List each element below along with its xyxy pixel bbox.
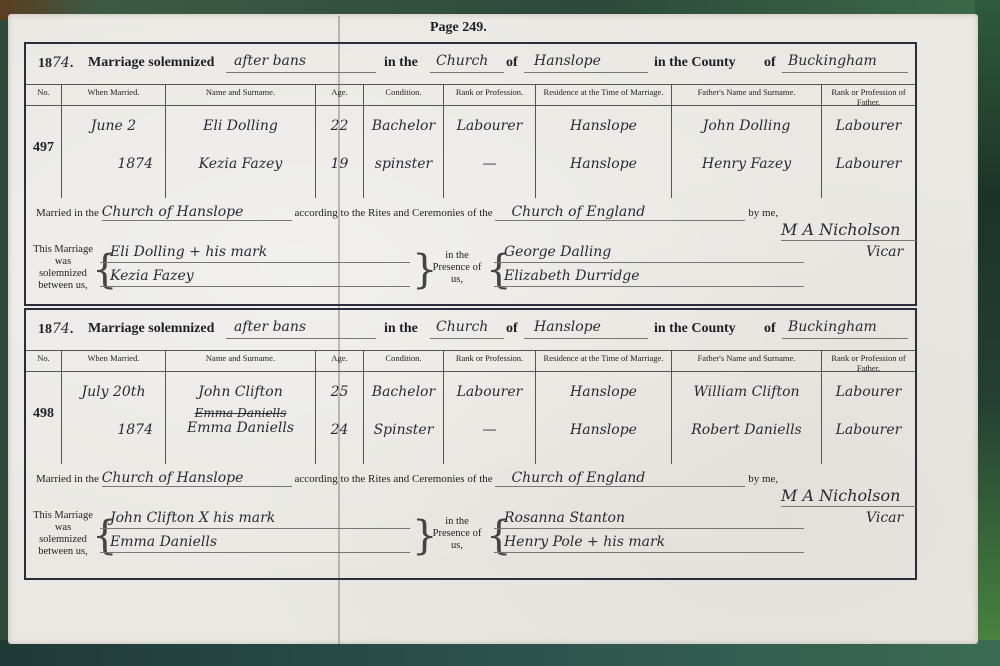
handwritten-value: 1874 bbox=[62, 422, 165, 438]
married-in-line: Married in the Church of Hanslope accord… bbox=[36, 470, 778, 487]
column-father-profession: Rank or Profession of Father.LabourerLab… bbox=[822, 350, 915, 464]
handwritten-value: — bbox=[444, 156, 535, 172]
place-type-field: Church bbox=[430, 52, 504, 73]
handwritten-value: Eli Dolling bbox=[166, 118, 315, 134]
table-cell: Labourer— bbox=[444, 106, 535, 198]
handwritten-value: June 2 bbox=[62, 118, 165, 134]
column-age: Age.2219 bbox=[316, 84, 364, 198]
table-cell: HanslopeHanslope bbox=[536, 372, 671, 464]
column-header: Name and Surname. bbox=[166, 350, 315, 372]
this-marriage-label: This Marriage was solemnized between us, bbox=[32, 510, 94, 558]
entry-table: No.497When Married.June 21874Name and Su… bbox=[26, 84, 915, 198]
column-when-married: When Married.July 20th1874 bbox=[62, 350, 166, 464]
marriage-entry: 1874. Marriage solemnized after bans in … bbox=[24, 42, 917, 306]
column-father-profession: Rank or Profession of Father.LabourerLab… bbox=[822, 84, 915, 198]
handwritten-value: Robert Daniells bbox=[672, 422, 821, 438]
column-header: When Married. bbox=[62, 84, 165, 106]
table-cell: 2219 bbox=[316, 106, 363, 198]
officiant-signature: M A Nicholson bbox=[781, 486, 916, 507]
place-type-field: Church bbox=[430, 318, 504, 339]
solemnized-by-field: after bans bbox=[226, 52, 376, 73]
handwritten-value: Labourer bbox=[822, 156, 915, 172]
column-name-and-surname: Name and Surname.John CliftonEmma Daniel… bbox=[166, 350, 316, 464]
table-cell: John DollingHenry Fazey bbox=[672, 106, 821, 198]
column-header: Rank or Profession. bbox=[444, 84, 535, 106]
handwritten-value: — bbox=[444, 422, 535, 438]
handwritten-value: Hanslope bbox=[536, 118, 671, 134]
handwritten-value: Hanslope bbox=[536, 156, 671, 172]
handwritten-value: Labourer bbox=[822, 422, 915, 438]
column-condition: Condition.Bachelorspinster bbox=[364, 84, 444, 198]
in-the-label: in the bbox=[384, 321, 418, 337]
handwritten-value: 25 bbox=[316, 384, 363, 400]
handwritten-value: Labourer bbox=[444, 118, 535, 134]
table-cell: HanslopeHanslope bbox=[536, 106, 671, 198]
column-fathers-name: Father's Name and Surname.William Clifto… bbox=[672, 350, 822, 464]
column-name-and-surname: Name and Surname.Eli DollingKezia Fazey bbox=[166, 84, 316, 198]
handwritten-value: Labourer bbox=[822, 384, 915, 400]
of-label: of bbox=[764, 55, 776, 71]
handwritten-value: July 20th bbox=[62, 384, 165, 400]
year: 1874. bbox=[38, 55, 73, 72]
county-label: in the County bbox=[654, 55, 736, 71]
in-presence-label: in the Presence of us, bbox=[432, 250, 482, 286]
party-signature: Emma Daniells bbox=[100, 534, 410, 553]
marriage-entry: 1874. Marriage solemnized after bans in … bbox=[24, 308, 917, 580]
parish-field: Hanslope bbox=[524, 318, 648, 339]
column-rank-or-profession: Rank or Profession.Labourer— bbox=[444, 84, 536, 198]
handwritten-value: Bachelor bbox=[364, 118, 443, 134]
witness-signature: Elizabeth Durridge bbox=[494, 268, 804, 287]
handwritten-value: 22 bbox=[316, 118, 363, 134]
column-header: No. bbox=[26, 350, 61, 372]
column-residence: Residence at the Time of Marriage.Hanslo… bbox=[536, 350, 672, 464]
officiant-title: Vicar bbox=[866, 510, 903, 526]
married-in-line: Married in the Church of Hanslope accord… bbox=[36, 204, 778, 221]
witness-signature: Rosanna Stanton bbox=[494, 510, 804, 529]
year: 1874. bbox=[38, 321, 73, 338]
witness-signature: Henry Pole + his mark bbox=[494, 534, 804, 553]
handwritten-value: Labourer bbox=[444, 384, 535, 400]
book-cover-right bbox=[975, 0, 1000, 666]
parish-field: Hanslope bbox=[524, 52, 648, 73]
column-header: Rank or Profession of Father. bbox=[822, 84, 915, 106]
handwritten-value: Bachelor bbox=[364, 384, 443, 400]
of-label: of bbox=[764, 321, 776, 337]
entry-heading: 1874. Marriage solemnized after bans in … bbox=[26, 310, 915, 351]
handwritten-value: Emma DaniellsEmma Daniells bbox=[166, 422, 315, 436]
handwritten-value: spinster bbox=[364, 156, 443, 172]
column-header: Father's Name and Surname. bbox=[672, 84, 821, 106]
officiant-title: Vicar bbox=[866, 244, 903, 260]
column-header: No. bbox=[26, 84, 61, 106]
column-header: Condition. bbox=[364, 350, 443, 372]
column-header: Age. bbox=[316, 350, 363, 372]
party-signature: Kezia Fazey bbox=[100, 268, 410, 287]
entry-number: 498 bbox=[26, 406, 61, 422]
signatures: This Marriage was solemnized between us,… bbox=[36, 510, 916, 566]
county-field: Buckingham bbox=[782, 52, 908, 73]
in-presence-label: in the Presence of us, bbox=[432, 516, 482, 552]
column-header: Residence at the Time of Marriage. bbox=[536, 84, 671, 106]
column-condition: Condition.BachelorSpinster bbox=[364, 350, 444, 464]
struck-out-name: Emma Daniells bbox=[166, 406, 315, 420]
table-cell: Eli DollingKezia Fazey bbox=[166, 106, 315, 198]
column-rank-or-profession: Rank or Profession.Labourer— bbox=[444, 350, 536, 464]
table-cell: July 20th1874 bbox=[62, 372, 165, 464]
table-cell: 498 bbox=[26, 372, 61, 464]
of-label: of bbox=[506, 55, 518, 71]
column-header: Rank or Profession of Father. bbox=[822, 350, 915, 372]
table-cell: John CliftonEmma DaniellsEmma Daniells bbox=[166, 372, 315, 464]
handwritten-value: 24 bbox=[316, 422, 363, 438]
solemnized-by-field: after bans bbox=[226, 318, 376, 339]
handwritten-value: Hanslope bbox=[536, 384, 671, 400]
county-field: Buckingham bbox=[782, 318, 908, 339]
handwritten-value: John Clifton bbox=[166, 384, 315, 400]
column-header: Age. bbox=[316, 84, 363, 106]
of-label: of bbox=[506, 321, 518, 337]
column-number: No.497 bbox=[26, 84, 62, 198]
handwritten-value: William Clifton bbox=[672, 384, 821, 400]
county-label: in the County bbox=[654, 321, 736, 337]
handwritten-value: 1874 bbox=[62, 156, 165, 172]
column-header: When Married. bbox=[62, 350, 165, 372]
marriage-solemnized-label: Marriage solemnized bbox=[88, 55, 214, 71]
table-cell: William CliftonRobert Daniells bbox=[672, 372, 821, 464]
witness-signature: George Dalling bbox=[494, 244, 804, 263]
table-cell: Labourer— bbox=[444, 372, 535, 464]
this-marriage-label: This Marriage was solemnized between us, bbox=[32, 244, 94, 292]
table-cell: BachelorSpinster bbox=[364, 372, 443, 464]
page-number: Page 249. bbox=[430, 20, 487, 36]
table-cell: June 21874 bbox=[62, 106, 165, 198]
in-the-label: in the bbox=[384, 55, 418, 71]
column-age: Age.2524 bbox=[316, 350, 364, 464]
column-number: No.498 bbox=[26, 350, 62, 464]
party-signature: Eli Dolling + his mark bbox=[100, 244, 410, 263]
table-cell: LabourerLabourer bbox=[822, 372, 915, 464]
table-cell: Bachelorspinster bbox=[364, 106, 443, 198]
handwritten-value: Kezia Fazey bbox=[166, 156, 315, 172]
handwritten-value: Labourer bbox=[822, 118, 915, 134]
signatures: This Marriage was solemnized between us,… bbox=[36, 244, 916, 300]
party-signature: John Clifton X his mark bbox=[100, 510, 410, 529]
entry-heading: 1874. Marriage solemnized after bans in … bbox=[26, 44, 915, 85]
marriage-solemnized-label: Marriage solemnized bbox=[88, 321, 214, 337]
column-header: Name and Surname. bbox=[166, 84, 315, 106]
table-cell: LabourerLabourer bbox=[822, 106, 915, 198]
column-fathers-name: Father's Name and Surname.John DollingHe… bbox=[672, 84, 822, 198]
column-header: Rank or Profession. bbox=[444, 350, 535, 372]
handwritten-value: 19 bbox=[316, 156, 363, 172]
column-header: Condition. bbox=[364, 84, 443, 106]
handwritten-value: Spinster bbox=[364, 422, 443, 438]
handwritten-value: John Dolling bbox=[672, 118, 821, 134]
handwritten-value: Henry Fazey bbox=[672, 156, 821, 172]
column-header: Residence at the Time of Marriage. bbox=[536, 350, 671, 372]
column-residence: Residence at the Time of Marriage.Hanslo… bbox=[536, 84, 672, 198]
column-when-married: When Married.June 21874 bbox=[62, 84, 166, 198]
column-header: Father's Name and Surname. bbox=[672, 350, 821, 372]
table-cell: 2524 bbox=[316, 372, 363, 464]
handwritten-value: Hanslope bbox=[536, 422, 671, 438]
table-cell: 497 bbox=[26, 106, 61, 198]
entry-number: 497 bbox=[26, 140, 61, 156]
entry-table: No.498When Married.July 20th1874Name and… bbox=[26, 350, 915, 464]
officiant-signature: M A Nicholson bbox=[781, 220, 916, 241]
